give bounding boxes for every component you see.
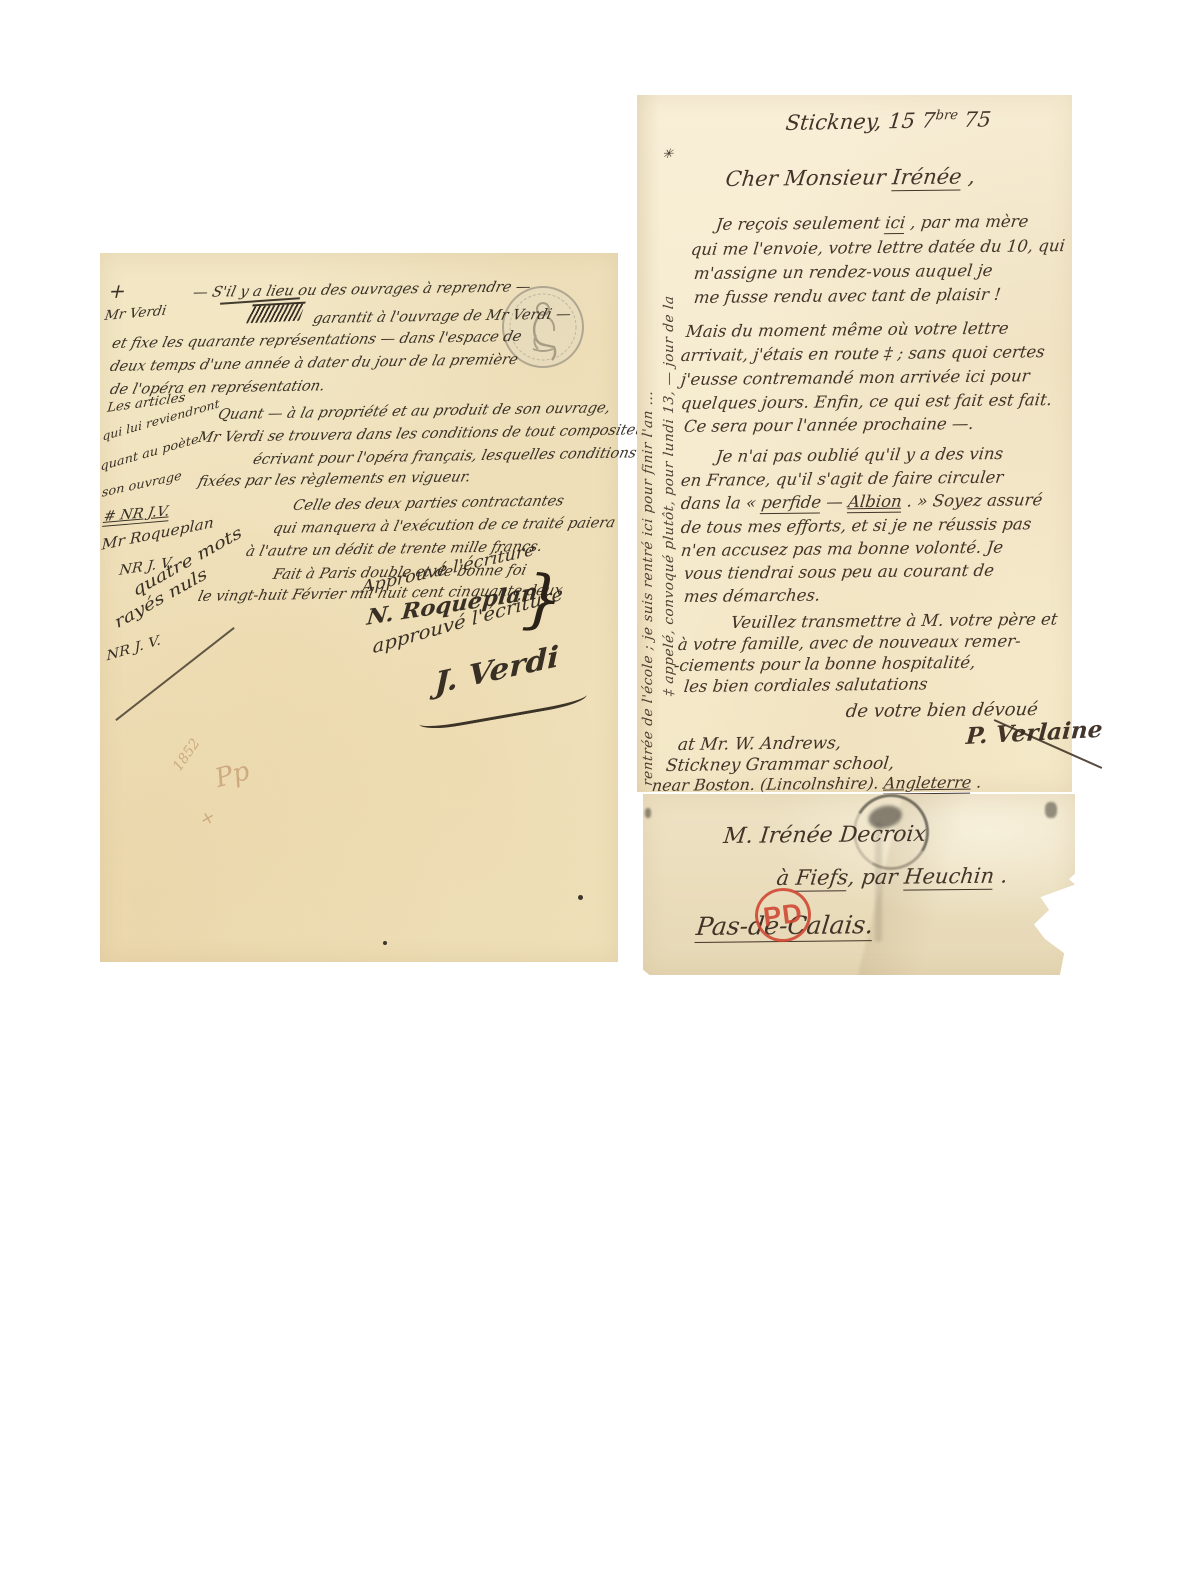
body-line: -ciements pour la bonne hospitalité, [673,653,977,675]
date-year: 75 [956,107,992,132]
body-line: en France, qu'il s'agit de faire circule… [680,468,1004,490]
contract-document: + — S'il y a lieu ou des ouvrages à repr… [100,253,618,962]
body-line: arrivait, j'étais en route ‡ ; sans quoi… [680,342,1046,365]
ink-scribble-deletion [246,302,306,324]
body-line: les bien cordiales salutations [683,674,929,696]
body-line: à votre famille, avec de nouveaux remer- [677,631,1022,654]
body-line: me fusse rendu avec tant de plaisir ! [693,285,1002,307]
address-line-2: Stickney Grammar school, [665,754,896,776]
contract-line-5: de l'opéra en représentation. [108,378,326,398]
contract-line-8: écrivant pour l'opéra français, lesquell… [251,445,674,468]
margin-initials-3: NR J. V. [106,633,161,665]
body-line: Veuillez transmettre à M. votre père et [730,610,1059,632]
salutation-text: Cher Monsieur [724,165,893,191]
body-line: qui me l'envoie, votre lettre datée du 1… [690,236,1066,259]
body-line: mes démarches. [683,586,821,606]
contract-line-3: et fixe les quarante représentations — d… [110,329,523,352]
envelope-addressee: M. Irénée Decroix [722,822,927,849]
ink-smudge [645,808,651,818]
underlined-word-heuchin: Heuchin [903,864,996,891]
closing-line: de votre bien dévoué [845,699,1039,722]
ink-smudge [1045,802,1057,818]
reference-mark: ✳ [661,147,674,162]
body-text: — [820,492,849,511]
underlined-word-angleterre: Angleterre [883,773,973,795]
contract-line-9: fixées par les règlements en vigueur. [196,469,472,490]
envelope: M. Irénée Decroix à Fiefs, par Heuchin .… [643,794,1075,975]
contract-line-6: Quant — à la propriété et au produit de … [216,400,612,423]
plus-mark: + [106,279,128,303]
pencil-mark-initials: Pp [212,756,253,794]
date-superscript: bre [935,108,959,123]
contract-line-4: deux temps d'une année à dater du jour d… [108,352,519,375]
body-line: m'assigne un rendez-vous auquel je [693,261,994,283]
body-line: Mais du moment même où votre lettre [685,319,1010,341]
body-line: vous tiendrai sous peu au courant de [683,561,995,583]
body-line: j'eusse contremandé mon arrivée ici pour [680,366,1031,389]
verlaine-signature: P. Verlaine [965,716,1103,750]
body-text: Je reçois seulement [715,213,887,234]
body-line: Je n'ai pas oublié qu'il y a des vins [715,444,1004,466]
underlined-word-fiefs: Fiefs [794,865,849,892]
body-line: quelques jours. Enfin, ce qui est fait e… [680,390,1053,413]
contract-line-7: Mr Verdi se trouvera dans les conditions… [196,422,653,446]
address-text: . [970,773,982,792]
underlined-word-ici: ici [884,213,906,234]
envelope-locality: à Fiefs, par Heuchin . [775,864,1009,890]
margin-note-outer: rentrée de l'école ; je suis rentré ici … [640,390,656,787]
address-line-3: near Boston. (Lincolnshire). Angleterre … [651,773,983,795]
margin-ouvrage: son ouvrage [102,468,182,500]
verdi-signature: J. Verdi [434,640,559,701]
underlined-word-perfide: perfide [760,493,822,515]
underlined-word-albion: Albion [847,492,903,514]
body-line: Ce sera pour l'année prochaine —. [683,414,975,436]
margin-verdi: Mr Verdi [103,303,167,324]
body-line: n'en accusez pas ma bonne volonté. Je [680,538,1004,560]
address-text: near Boston. (Lincolnshire). [651,774,885,795]
salutation-comma: , [960,164,976,188]
date-main: Stickney, 15 7 [784,108,936,135]
body-text: , par ma mère [904,212,1029,232]
contract-line-1: — S'il y a lieu ou des ouvrages à repren… [191,279,532,301]
address-line-1: at Mr. W. Andrews, [677,733,843,755]
scanned-documents-page: { "colors": { "background": "#ffffff", "… [0,0,1196,1595]
ink-speck [578,895,583,900]
salutation-name: Irénée [891,165,963,192]
letter-date: Stickney, 15 7bre 75 [784,107,992,135]
body-line: de tous mes efforts, et si je ne réussis… [680,514,1033,537]
ink-speck [383,941,387,945]
envelope-text: , par [847,865,906,890]
salutation: Cher Monsieur Irénée , [724,164,976,191]
pencil-mark-year: 1852 [170,736,204,774]
envelope-text: . [993,864,1009,888]
body-line: Je reçois seulement ici , par ma mère [715,212,1030,234]
body-text: . » Soyez assuré [901,490,1044,510]
pencil-mark-cross: + [196,805,220,831]
margin-note-inner: ‡ appelé, convoqué plutôt, pour lundi 13… [661,295,677,697]
body-text: dans la « [680,493,763,513]
body-line: dans la « perfide — Albion . » Soyez ass… [680,490,1044,513]
contract-line-11: qui manquera à l'exécution de ce traité … [271,515,617,537]
contract-line-10: Celle des deux parties contractantes [291,493,565,514]
letter-document: rentrée de l'école ; je suis rentré ici … [637,95,1072,792]
